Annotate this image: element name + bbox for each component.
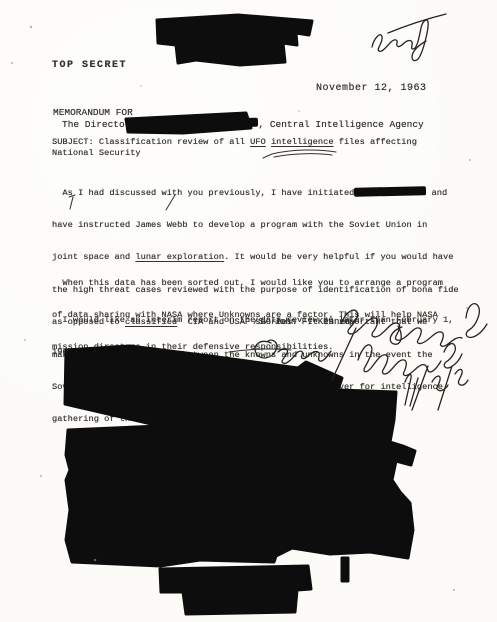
body-line: have instructed James Webb to develop a …: [52, 220, 459, 231]
text-segment: 1964.: [52, 347, 78, 357]
memo-for-label: MEMORANDUM FOR: [53, 107, 133, 118]
inline-redaction: [130, 118, 258, 130]
text-segment: UFO: [250, 137, 266, 147]
text-segment: SUBJECT: Classification review of all: [52, 137, 250, 147]
body-paragraph-3: I would like an interim report on the da…: [52, 293, 453, 379]
text-segment: have instructed James Webb to develop a …: [52, 220, 427, 230]
text-segment: When this data has been sorted out, I wo…: [52, 278, 443, 288]
text-segment: As I had discussed with you previously, …: [52, 188, 354, 198]
inline-redaction: [354, 186, 426, 197]
subject-line-1: SUBJECT: Classification review of all UF…: [52, 137, 417, 147]
date-line: November 12, 1963: [316, 83, 427, 94]
handwritten-draft-note: [372, 14, 446, 61]
body-line: When this data has been sorted out, I wo…: [52, 278, 443, 289]
text-segment: gathering of their defence and space pro…: [52, 414, 292, 424]
subject-line-2: National Security: [52, 148, 141, 158]
text-segment: and: [426, 188, 447, 198]
typed-signature: /S/ John F. Kennedy: [253, 317, 356, 327]
body-line: As I had discussed with you previously, …: [52, 187, 459, 199]
text-segment: , Central Intelligence Agency: [258, 119, 423, 130]
subject-emphasis-mark: [263, 150, 336, 158]
text-segment: intelligence: [271, 137, 334, 147]
body-line: gathering of their defence and space pro…: [52, 414, 459, 425]
text-segment: files affecting: [334, 137, 417, 147]
classification-stamp: TOP SECRET: [52, 60, 127, 71]
document-page: TOP SECRET November 12, 1963 MEMORANDUM …: [0, 0, 497, 622]
body-line: Soviets try to mistake our extended coop…: [52, 382, 459, 393]
top-redaction-block: [157, 15, 312, 65]
body-line: 1964.: [52, 347, 453, 358]
text-segment: Soviets try to mistake our extended coop…: [52, 382, 443, 392]
text-segment: The Director: [62, 119, 130, 130]
recipient-line: The Director, Central Intelligence Agenc…: [62, 119, 424, 130]
